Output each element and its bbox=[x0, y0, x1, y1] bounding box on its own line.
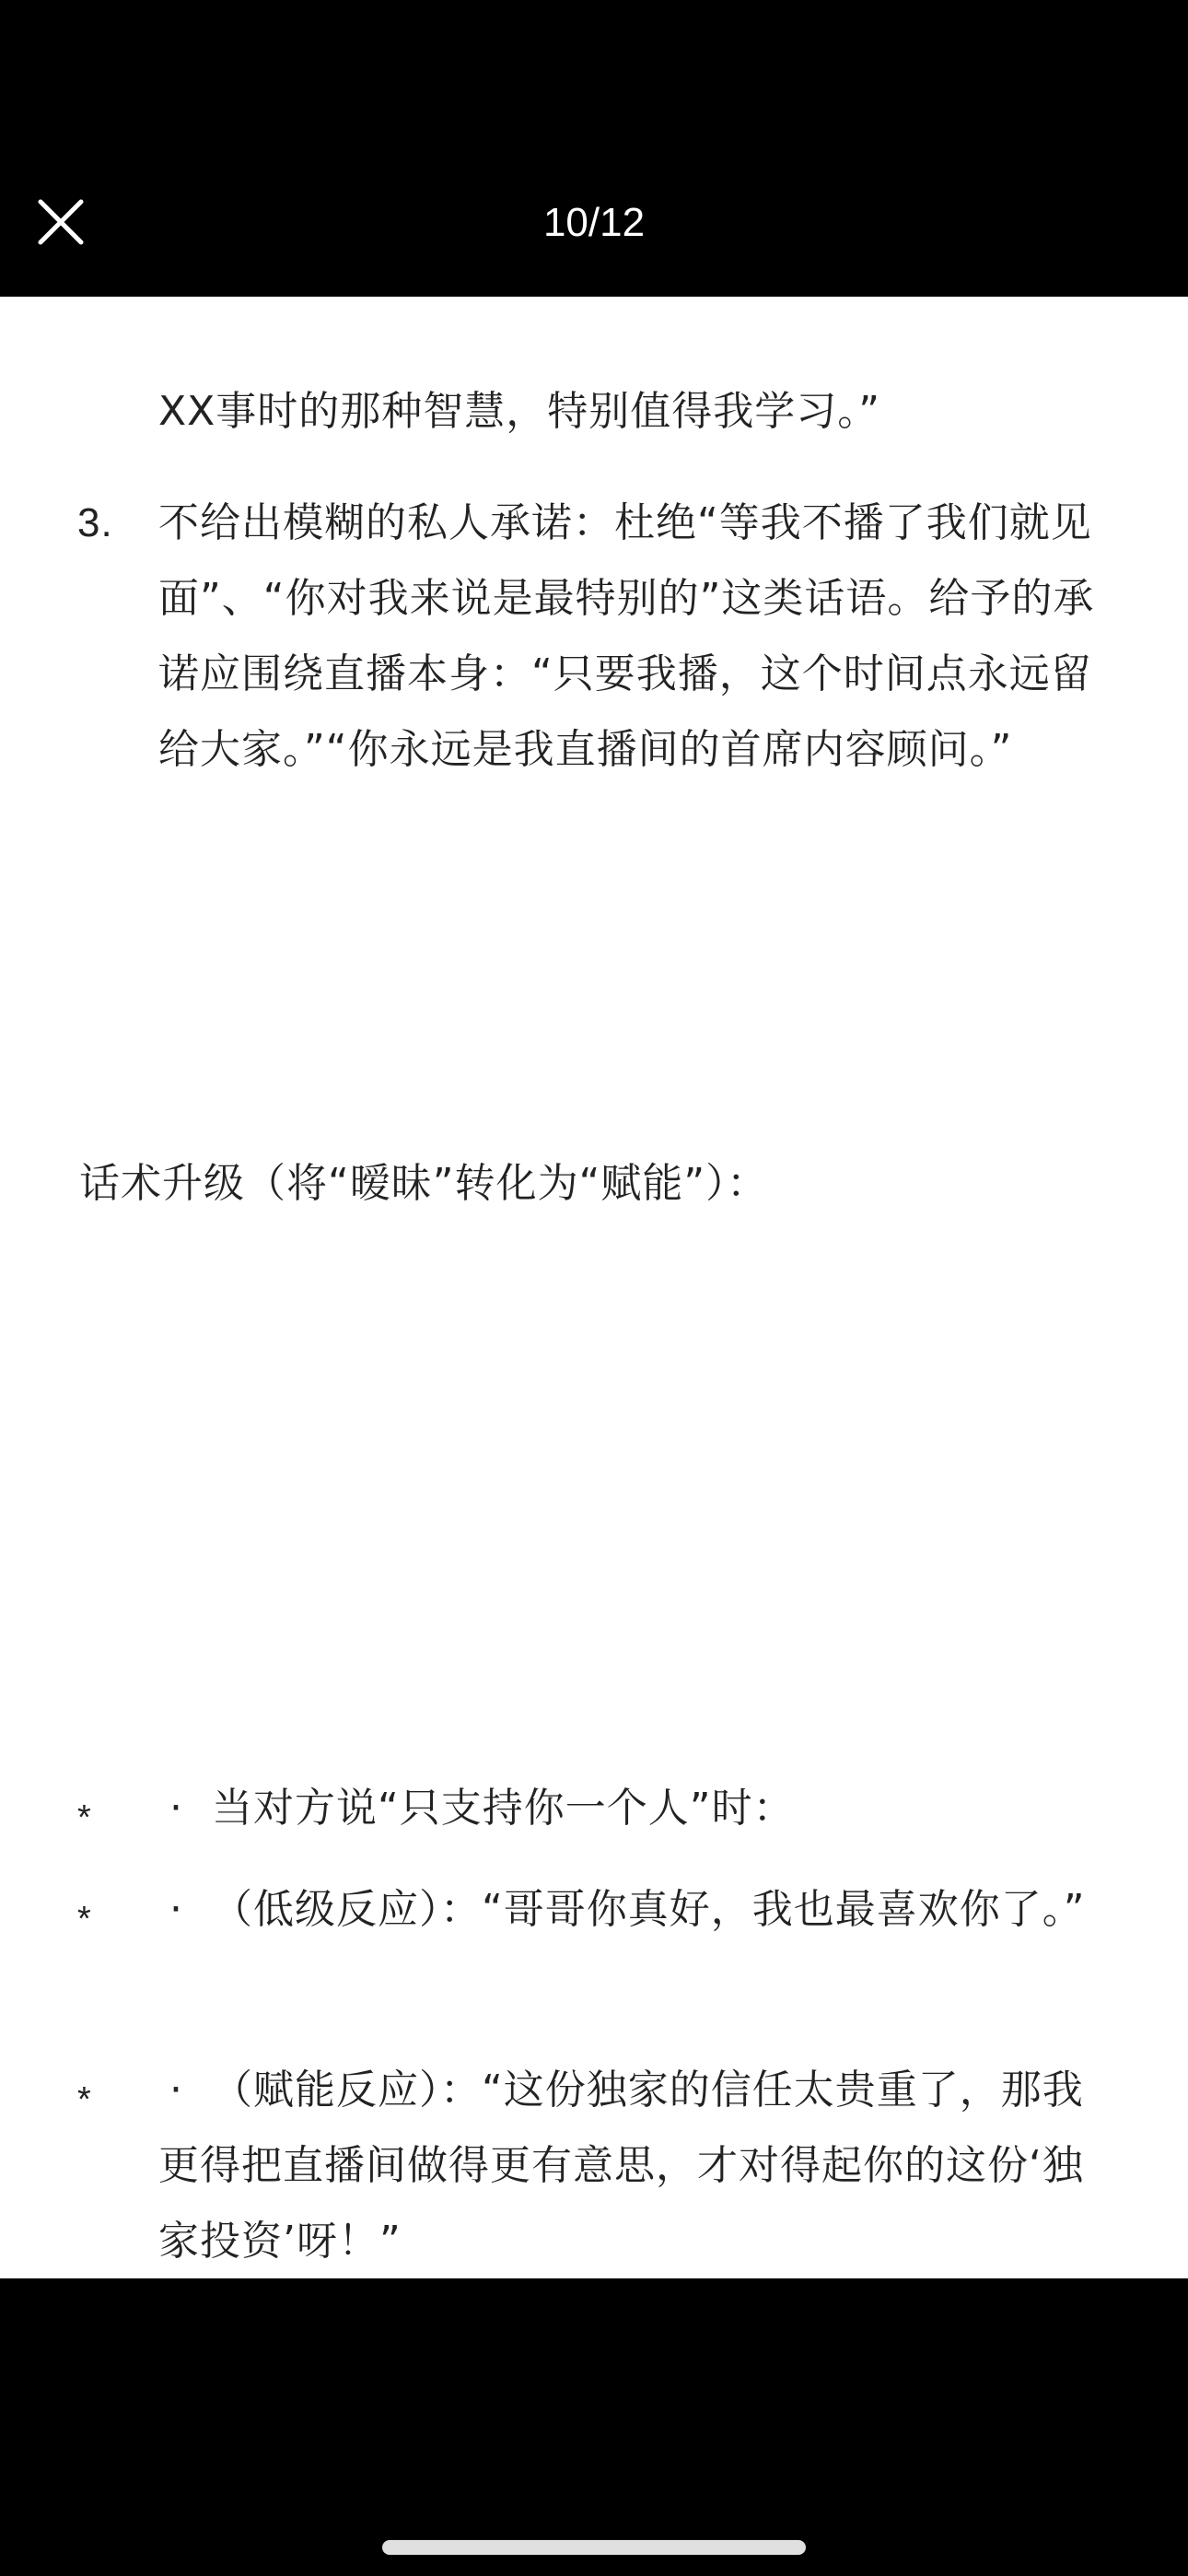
numbered-list-item: 3. 不给出模糊的私人承诺：杜绝“等我不播了我们就见面”、“你对我来说是最特别的… bbox=[77, 486, 1118, 788]
viewer-header: 10/12 bbox=[0, 0, 1188, 297]
bullet-text: （赋能反应）：“这份独家的信任太贵重了，那我更得把直播间做得更有意思，才对得起你… bbox=[158, 2067, 1084, 2265]
list-number: 3. bbox=[77, 486, 158, 788]
document-page: XX事时的那种智慧，特别值得我学习。” 3. 不给出模糊的私人承诺：杜绝“等我不… bbox=[0, 297, 1188, 2278]
dot-bullet-icon: · bbox=[158, 2053, 212, 2128]
asterisk-bullet-icon: * bbox=[77, 1881, 158, 1957]
dot-bullet-icon: · bbox=[158, 1872, 212, 1948]
bullet-item: * ·（赋能反应）：“这份独家的信任太贵重了，那我更得把直播间做得更有意思，才对… bbox=[77, 2053, 1118, 2279]
asterisk-bullet-icon: * bbox=[77, 1780, 158, 1856]
bullet-item: * ·当对方说“只支持你一个人”时： bbox=[77, 1771, 1118, 1846]
continuation-line: XX事时的那种智慧，特别值得我学习。” bbox=[158, 374, 1116, 450]
asterisk-bullet-icon: * bbox=[77, 2062, 158, 2289]
home-indicator[interactable] bbox=[382, 2540, 806, 2555]
bullet-item: * ·（低级反应）：“哥哥你真好，我也最喜欢你了。” bbox=[77, 1872, 1118, 1948]
list-item-text: 不给出模糊的私人承诺：杜绝“等我不播了我们就见面”、“你对我来说是最特别的”这类… bbox=[158, 486, 1118, 788]
bullet-text: （低级反应）：“哥哥你真好，我也最喜欢你了。” bbox=[212, 1886, 1086, 1933]
dot-bullet-icon: · bbox=[158, 1771, 212, 1846]
section-title: 话术升级（将“暧昧”转化为“赋能”）： bbox=[79, 1146, 768, 1222]
bullet-text: 当对方说“只支持你一个人”时： bbox=[212, 1785, 795, 1832]
viewer-footer bbox=[0, 2278, 1188, 2576]
page-counter: 10/12 bbox=[0, 193, 1188, 252]
